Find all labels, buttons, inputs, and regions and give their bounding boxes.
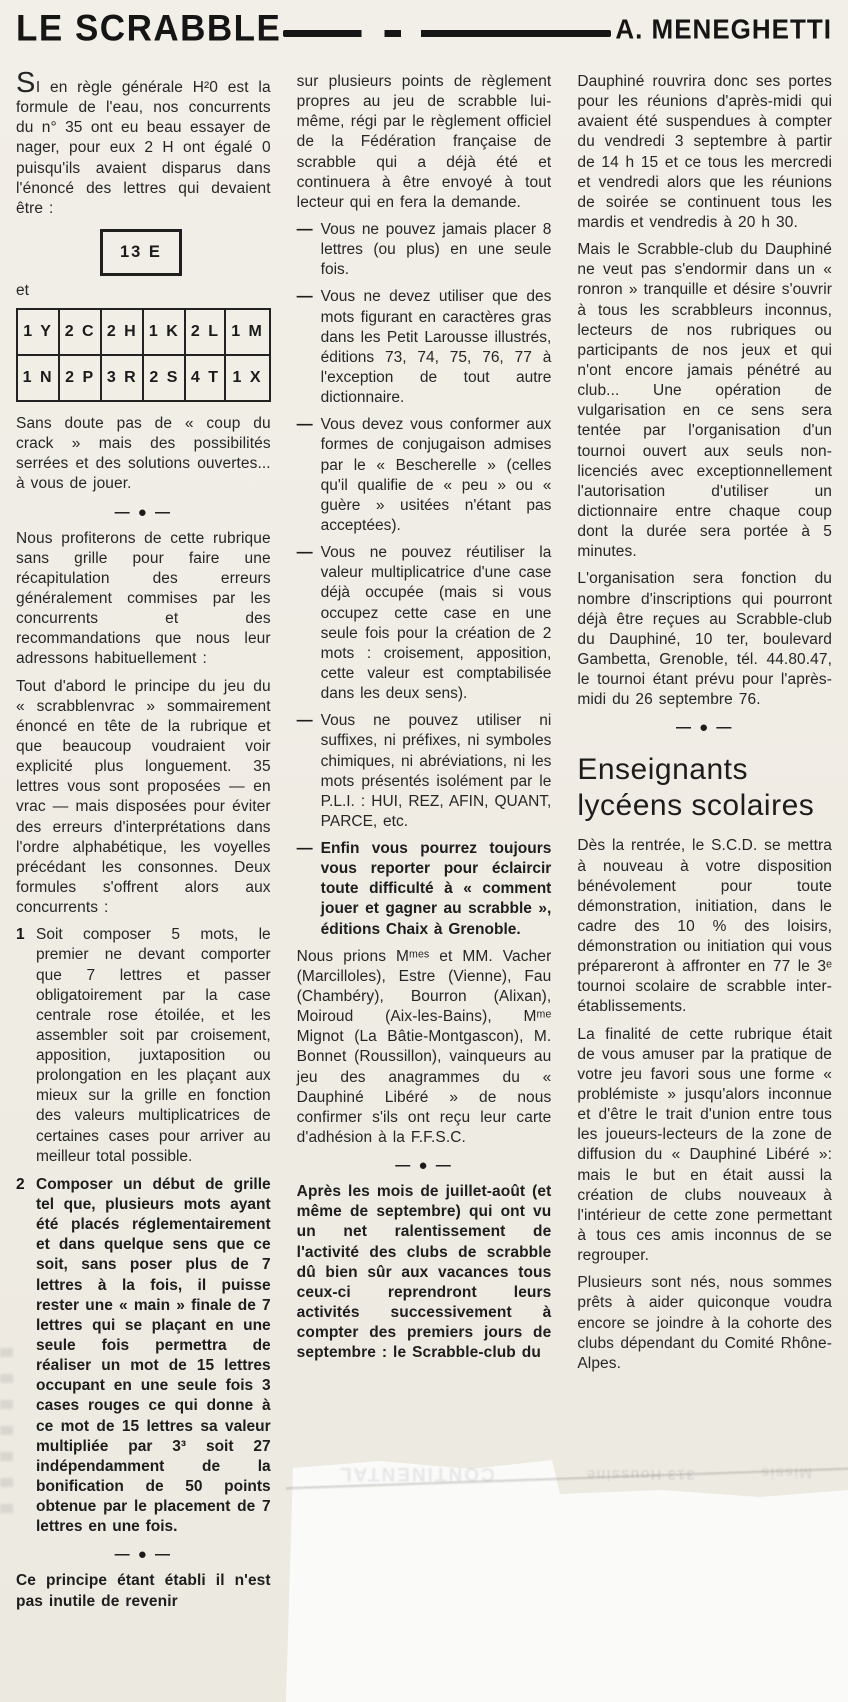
bullet-item: — Vous ne pouvez jamais placer 8 lettres… [297,220,552,280]
para-reglement: sur plusieurs points de règlement propre… [297,72,552,213]
tile-cell: 2 P [59,355,101,401]
section-separator: — ● — [297,1157,552,1174]
tile-cell: 2 L [185,309,225,355]
para-finalite: La finalité de cette rubrique était de v… [577,1025,832,1267]
column-3: Dauphiné rouvrira donc ses portes pour l… [577,72,832,1619]
rules-bullet-list: — Vous ne pouvez jamais placer 8 lettres… [297,220,552,940]
bullet-text: Vous ne pouvez jamais placer 8 lettres (… [321,220,552,280]
bullet-text: Vous ne devez utiliser que des mots figu… [321,287,552,408]
separator-glyph: — ● — [115,1546,172,1563]
bullet-item: — Vous devez vous conformer aux formes d… [297,415,552,536]
column-2: sur plusieurs points de règlement propre… [297,72,552,1619]
drop-cap: S [16,67,36,99]
tile-cell: 2 C [59,309,101,355]
tile-cell: 1 X [225,355,269,401]
para-coup-du-crack: Sans doute pas de « coup du crack » mais… [16,414,271,495]
para-principe-jeu: Tout d'abord le principe du jeu du « scr… [16,677,271,919]
letter-box-13e: 13 E [100,229,182,276]
section-separator: — ● — [577,719,832,736]
tile-cell: 1 N [17,355,59,401]
list-item: 2 Composer un début de grille tel que, p… [16,1175,271,1538]
article-header: LE SCRABBLE A. MENEGHETTI [16,8,832,46]
para-ce-principe: Ce principe étant établi il n'est pas in… [16,1571,271,1611]
et-label: et [16,282,271,300]
para-lead-text: I en règle générale H²0 est la formule d… [16,79,271,217]
bullet-dash: — [297,711,321,832]
tile-cell: 1 K [143,309,185,355]
numbered-list: 1 Soit composer 5 mots, le premier ne de… [16,925,271,1537]
tile-row-1: 1 Y 2 C 2 H 1 K 2 L 1 M [17,309,270,355]
bullet-dash: — [297,839,321,940]
list-item: 1 Soit composer 5 mots, le premier ne de… [16,925,271,1167]
bullet-text: Vous ne pouvez utiliser ni suffixes, ni … [321,711,552,832]
para-mais-le-club: Mais le Scrabble-club du Dauphiné ne veu… [577,240,832,562]
bullet-item: — Vous ne devez utiliser que des mots fi… [297,287,552,408]
tile-cell: 1 Y [17,309,59,355]
para-lead: SI en règle générale H²0 est la formule … [16,72,271,219]
tile-cell: 2 H [101,309,143,355]
bullet-dash: — [297,220,321,280]
para-nous-prions: Nous prions Mᵐᵉˢ et MM. Vacher (Marcillo… [297,947,552,1148]
para-dauphine-rouvrira: Dauphiné rouvrira donc ses portes pour l… [577,72,832,233]
tile-cell: 3 R [101,355,143,401]
article-author: A. MENEGHETTI [615,7,832,43]
subheading-enseignants: Enseignants lycéens scolaires [577,752,832,824]
tile-cell: 4 T [185,355,225,401]
para-des-la-rentree: Dès la rentrée, le S.C.D. se mettra à no… [577,836,832,1017]
separator-glyph: — ● — [115,504,172,521]
item-number: 1 [16,925,36,1167]
tile-cell: 1 M [225,309,269,355]
bullet-dash: — [297,415,321,536]
item-text: Composer un début de grille tel que, plu… [36,1175,271,1538]
bullet-text: Enfin vous pourrez toujours vous reporte… [321,839,552,940]
column-1: SI en règle générale H²0 est la formule … [16,72,271,1619]
para-profiterons: Nous profiterons de cette rubrique sans … [16,529,271,670]
bullet-dash: — [297,543,321,704]
para-organisation: L'organisation sera fonction du nombre d… [577,569,832,710]
item-number: 2 [16,1175,36,1538]
separator-glyph: — ● — [395,1157,452,1174]
bullet-dash: — [297,287,321,408]
section-separator: — ● — [16,1546,271,1563]
section-separator: — ● — [16,504,271,521]
header-rule [283,30,611,37]
article-title: LE SCRABBLE [16,7,281,47]
bullet-text: Vous ne pouvez réutiliser la valeur mult… [321,543,552,704]
para-apres-les-mois: Après les mois de juillet-août (et même … [297,1182,552,1363]
bullet-item: — Enfin vous pourrez toujours vous repor… [297,839,552,940]
bullet-item: — Vous ne pouvez utiliser ni suffixes, n… [297,711,552,832]
tile-row-2: 1 N 2 P 3 R 2 S 4 T 1 X [17,355,270,401]
item-text: Soit composer 5 mots, le premier ne deva… [36,925,271,1167]
letter-box-wrap: 13 E [100,229,271,276]
tile-cell: 2 S [143,355,185,401]
separator-glyph: — ● — [676,719,733,736]
letter-tile-table: 1 Y 2 C 2 H 1 K 2 L 1 M 1 N 2 P 3 R 2 S … [16,308,271,402]
article-columns: SI en règle générale H²0 est la formule … [16,72,832,1619]
bullet-item: — Vous ne pouvez réutiliser la valeur mu… [297,543,552,704]
para-plusieurs: Plusieurs sont nés, nous sommes prêts à … [577,1273,832,1374]
article: LE SCRABBLE A. MENEGHETTI SI en règle gé… [0,0,848,1619]
bullet-text: Vous devez vous conformer aux formes de … [321,415,552,536]
